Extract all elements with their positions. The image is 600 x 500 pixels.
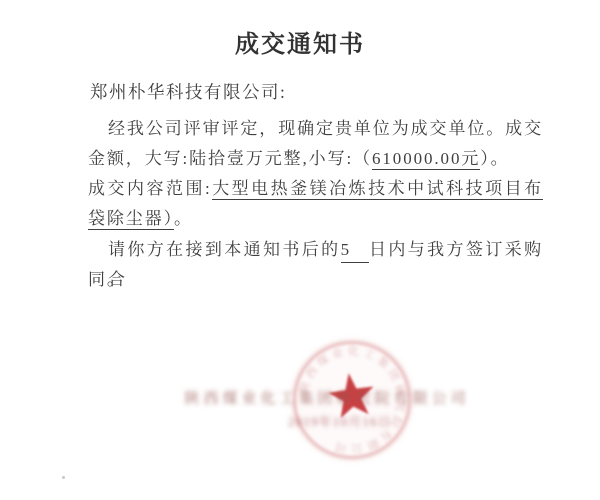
company-seal-stamp: 陕西煤业化工集团研究院有限公司 陕西煤业化工集团研究院有限公司 2019年10月…	[170, 333, 490, 483]
body-text: ）。	[480, 149, 509, 168]
body-text: 请你方在接到本通知书后的	[108, 240, 341, 259]
body-line: 袋除尘器）。	[88, 204, 543, 234]
body-line: 成交内容范围:大型电热釜镁冶炼技术中试科技项目布	[88, 174, 543, 204]
scope-text-underlined: 大型电热釜镁冶炼技术中试科技项目布	[212, 179, 543, 200]
notice-body-paragraph-1: 经我公司评审评定，现确定贵单位为成交单位。成交 金额，大写:陆拾壹万元整,小写:…	[88, 114, 543, 234]
body-line: 请你方在接到本通知书后的5日内与我方签订采购合	[88, 235, 543, 265]
document-title: 成交通知书	[0, 30, 600, 60]
seal-company-text-blurred: 陕西煤业化工集团研究院有限公司	[184, 389, 469, 407]
body-text: 。	[174, 209, 193, 228]
body-text: 同。	[88, 270, 126, 289]
seal-date-text-blurred: 2019年10月16日	[288, 414, 392, 429]
body-text: 金额，大写:陆拾壹万元整,小写:（	[88, 149, 372, 168]
scope-text-underlined: 袋除尘器）	[88, 209, 174, 230]
scope-label: 成交内容范围:	[88, 179, 212, 198]
body-line: 同。	[88, 265, 543, 295]
notice-document-page: 成交通知书 郑州朴华科技有限公司: 经我公司评审评定，现确定贵单位为成交单位。成…	[0, 0, 600, 500]
days-number-underlined: 5	[341, 238, 369, 263]
body-line: 金额，大写:陆拾壹万元整,小写:（610000.00元）。	[88, 144, 543, 174]
notice-body-paragraph-2: 请你方在接到本通知书后的5日内与我方签订采购合 同。	[88, 235, 543, 295]
addressee-line: 郑州朴华科技有限公司:	[90, 79, 286, 105]
amount-figure-underlined: 610000.00元	[372, 149, 480, 170]
body-line: 经我公司评审评定，现确定贵单位为成交单位。成交	[88, 114, 543, 144]
body-text: 经我公司评审评定，现确定贵单位为成交单位。成交	[108, 119, 543, 138]
scan-speck	[62, 476, 65, 479]
